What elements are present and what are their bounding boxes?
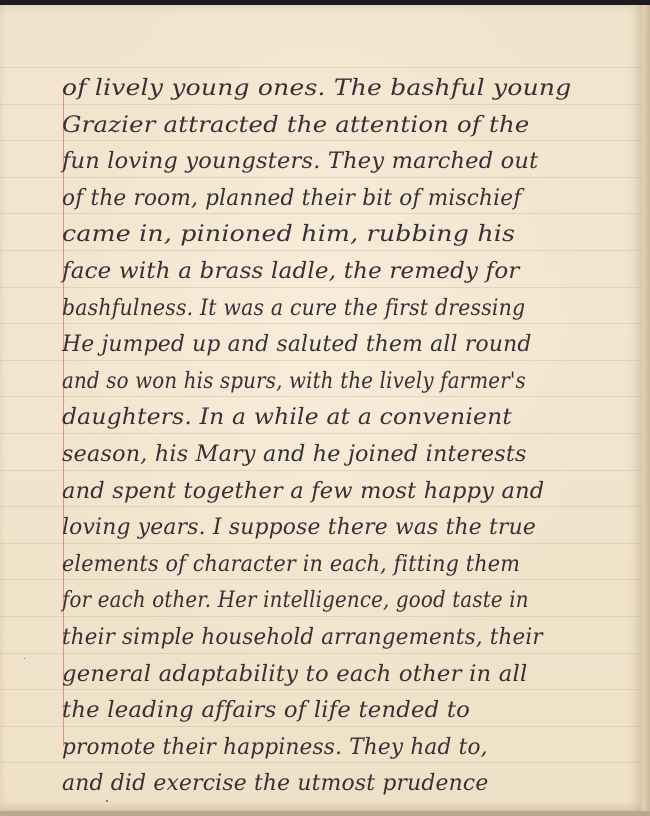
text-line: elements of character in each, fitting t… xyxy=(62,546,586,583)
text-line: general adaptability to each other in al… xyxy=(62,656,638,693)
text-line: their simple household arrangements, the… xyxy=(62,619,604,656)
text-line: face with a brass ladle, the remedy for xyxy=(62,253,643,290)
ruled-line xyxy=(0,67,642,68)
text-line: for each other. Her intelligence, good t… xyxy=(62,582,564,619)
page-bottom-edge xyxy=(0,811,650,816)
text-line: season, his Mary and he joined interests xyxy=(62,436,626,473)
text-line: and spent together a few most happy and xyxy=(62,473,632,510)
text-line: bashfulness. It was a cure the first dre… xyxy=(62,290,581,327)
paper-speck xyxy=(24,658,25,659)
text-line: of lively young ones. The bashful young xyxy=(62,70,650,107)
text-line: Grazier attracted the attention of the xyxy=(62,107,650,144)
text-line: He jumped up and saluted them all round xyxy=(62,326,615,363)
handwritten-text: of lively young ones. The bashful young … xyxy=(62,70,632,802)
text-line: promote their happiness. They had to, xyxy=(62,729,609,766)
text-line: daughters. In a while at a convenient xyxy=(62,399,650,436)
paper-speck xyxy=(106,800,108,802)
text-line: of the room, planned their bit of mischi… xyxy=(62,180,609,217)
text-line: fun loving youngsters. They marched out xyxy=(62,143,632,180)
text-line: and so won his spurs, with the lively fa… xyxy=(62,363,564,400)
text-line: came in, pinioned him, rubbing his xyxy=(62,216,650,253)
text-line: loving years. I suppose there was the tr… xyxy=(62,509,615,546)
text-line: the leading affairs of life tended to xyxy=(62,692,638,729)
text-line: and did exercise the utmost prudence xyxy=(62,765,615,802)
